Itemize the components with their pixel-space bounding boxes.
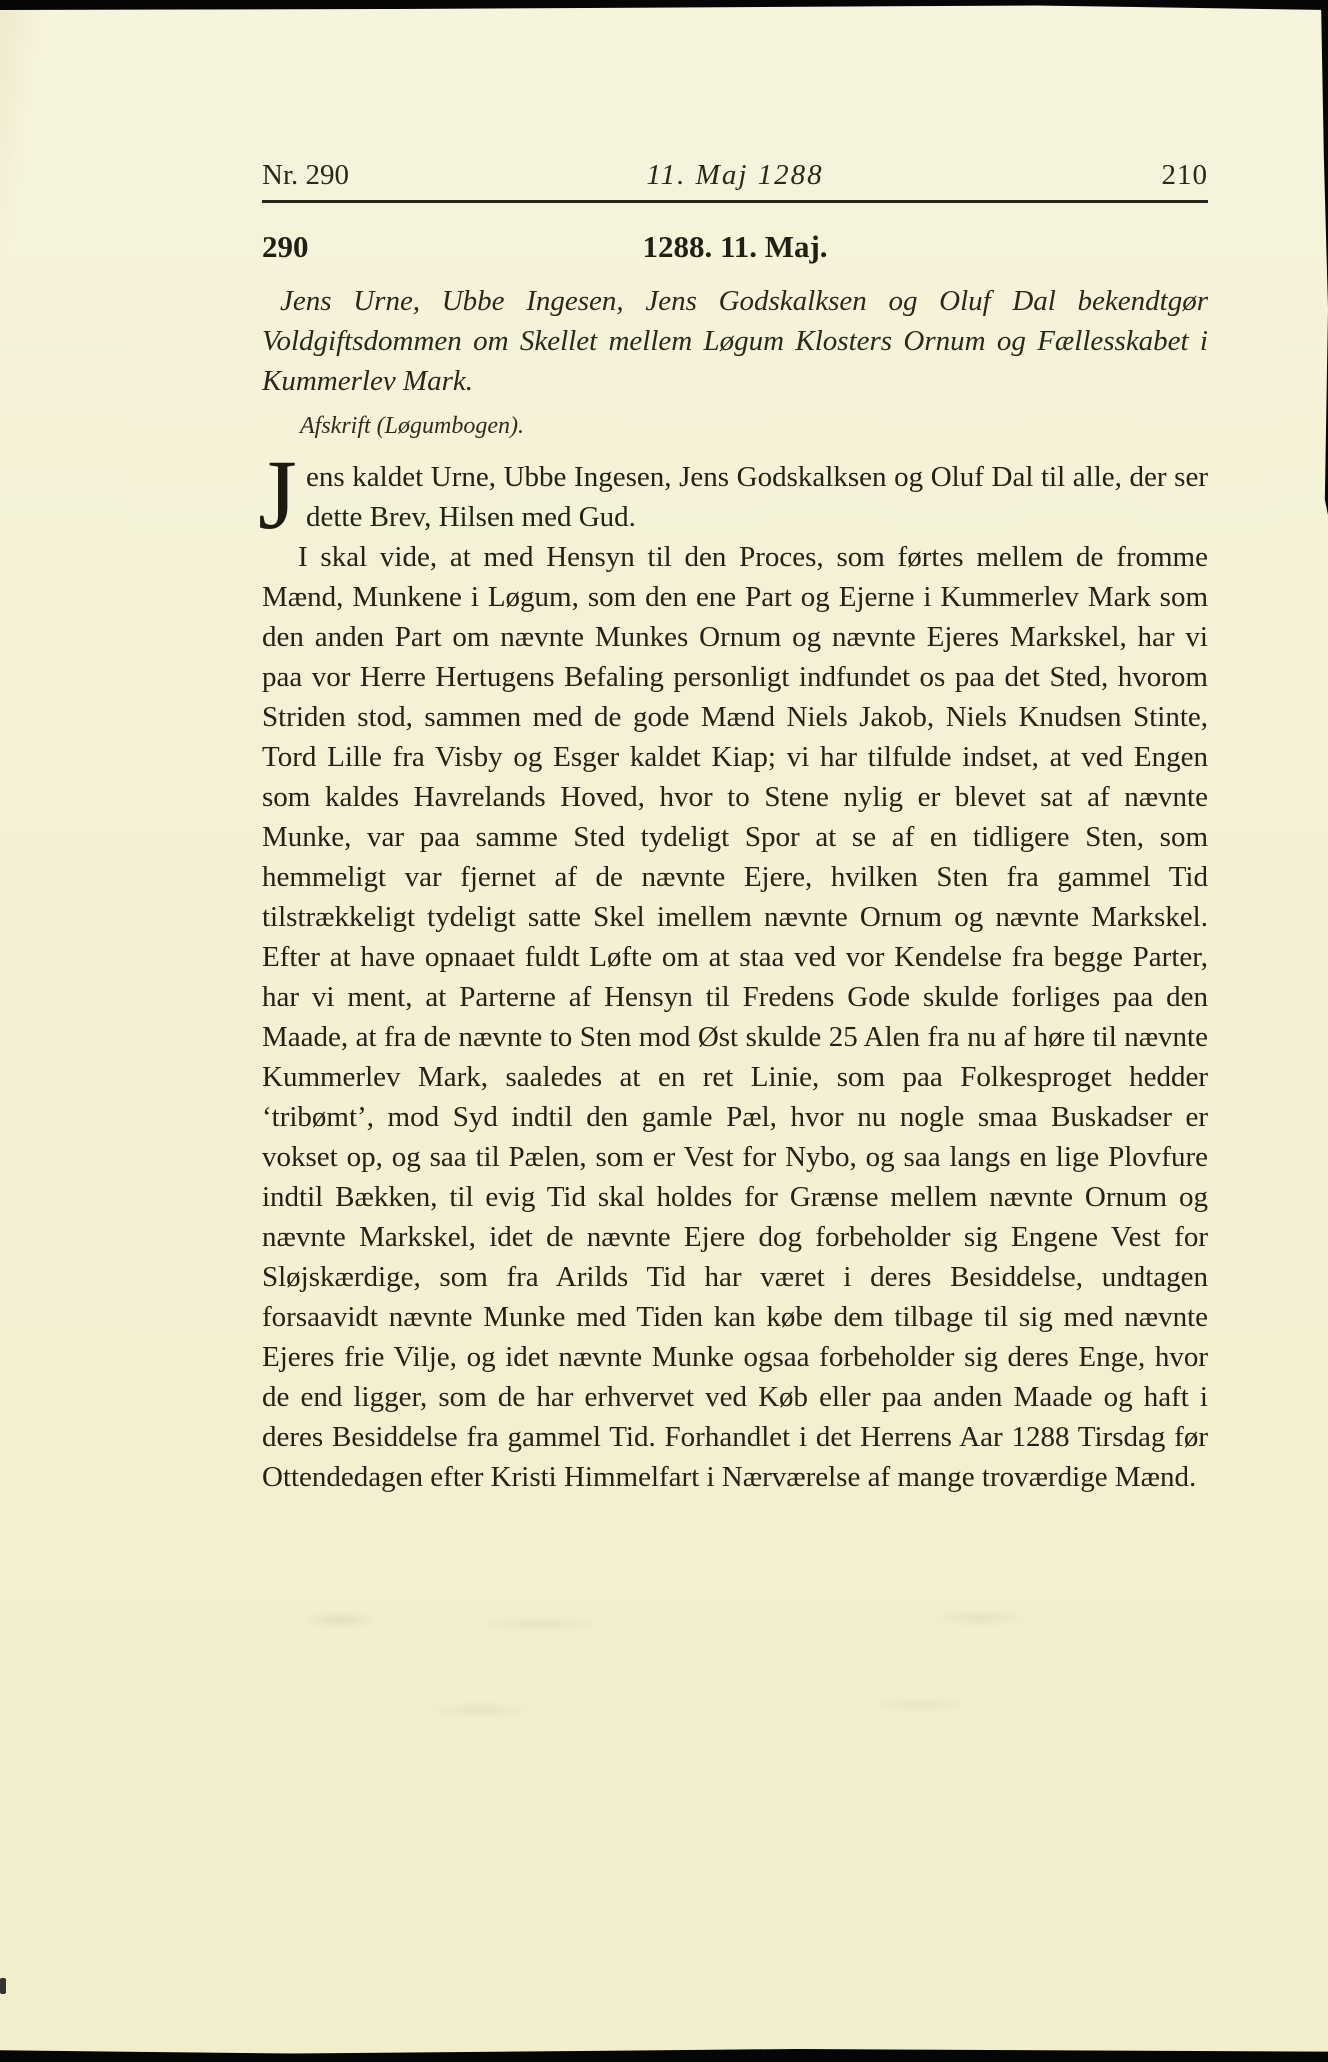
drop-cap-glyph: J [258, 445, 297, 545]
document-body: Jens kaldet Urne, Ubbe Ingesen, Jens God… [262, 457, 1208, 1497]
document-date: 1288. 11. Maj. [262, 229, 1208, 265]
scanned-book-page: Nr. 290 11. Maj 1288 210 290 1288. 11. M… [0, 0, 1328, 2062]
reverse-page-show-through [220, 1590, 1120, 1770]
scan-edge-bottom [0, 2049, 1328, 2062]
running-header: Nr. 290 11. Maj 1288 210 [262, 158, 1208, 192]
body-paragraph-1-text: ens kaldet Urne, Ubbe Ingesen, Jens Gods… [306, 461, 1208, 533]
scan-edge-smudge [0, 1978, 6, 1994]
scan-edge-top [0, 0, 1328, 10]
source-note: Afskrift (Løgumbogen). [262, 411, 1208, 441]
page-number: 210 [924, 158, 1208, 192]
drop-cap: J [262, 457, 300, 535]
header-rule [262, 200, 1208, 203]
body-paragraph-2: I skal vide, at med Hensyn til den Proce… [262, 537, 1208, 1497]
body-paragraph-1: Jens kaldet Urne, Ubbe Ingesen, Jens God… [262, 457, 1208, 537]
running-header-date: 11. Maj 1288 [546, 158, 924, 192]
document-summary: Jens Urne, Ubbe Ingesen, Jens Godskalkse… [262, 281, 1208, 401]
running-header-number: Nr. 290 [262, 158, 546, 192]
page-content: Nr. 290 11. Maj 1288 210 290 1288. 11. M… [262, 158, 1208, 1497]
scan-edge-right [1321, 0, 1328, 515]
document-heading: 290 1288. 11. Maj. [262, 229, 1208, 265]
